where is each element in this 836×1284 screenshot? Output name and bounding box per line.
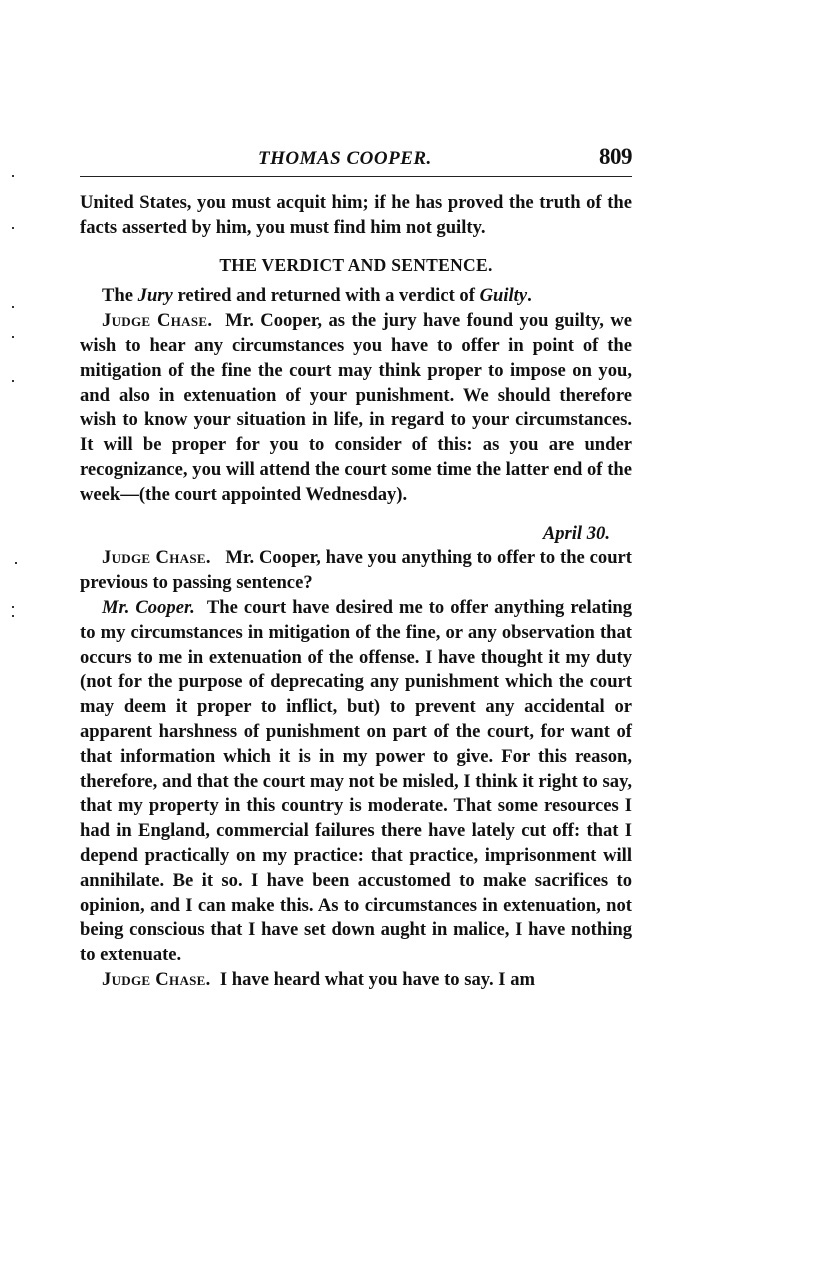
speaker-label: Mr. Cooper. [102,597,195,618]
verdict-text-mid: retired and returned with a verdict of [173,285,480,306]
section-heading: THE VERDICT AND SENTENCE. [80,253,632,278]
scan-speck [12,606,14,608]
scan-speck [12,336,14,338]
scan-speck [12,227,14,229]
scan-speck [12,380,14,382]
header-rule [80,176,632,177]
verdict-text-post: . [527,285,532,306]
page-number: 809 [599,144,632,170]
jury-emphasis: Jury [138,285,173,306]
speech-text: Mr. Cooper, as the jury have found you g… [80,310,632,505]
speaker-label: Judge Chase. [102,310,212,331]
book-page: THOMAS COOPER. 809 United States, you mu… [80,140,632,174]
paragraph-verdict: The Jury retired and returned with a ver… [80,284,632,309]
speech-text: I have heard what you have to say. I am [220,969,535,990]
scan-speck [12,175,14,177]
paragraph-instruction-end: United States, you must acquit him; if h… [80,191,632,241]
speech-text: The court have desired me to offer anyth… [80,597,632,965]
verdict-text-pre: The [102,285,138,306]
paragraph-judge-chase-1: Judge Chase. Mr. Cooper, as the jury hav… [80,309,632,507]
body-text: United States, you must acquit him; if h… [80,191,632,993]
scan-speck [12,306,14,308]
paragraph-judge-chase-3: Judge Chase. I have heard what you have … [80,968,632,993]
speaker-label: Judge Chase. [102,969,211,990]
running-title: THOMAS COOPER. [258,148,432,170]
scan-speck [12,615,14,617]
paragraph-mr-cooper: Mr. Cooper. The court have desired me to… [80,596,632,968]
scan-speck [15,562,17,564]
guilty-emphasis: Guilty [480,285,528,306]
paragraph-judge-chase-2: Judge Chase. Mr. Cooper, have you anythi… [80,546,632,596]
speaker-label: Judge Chase. [102,547,211,568]
running-head: THOMAS COOPER. 809 [80,140,632,174]
dateline: April 30. [80,522,632,547]
